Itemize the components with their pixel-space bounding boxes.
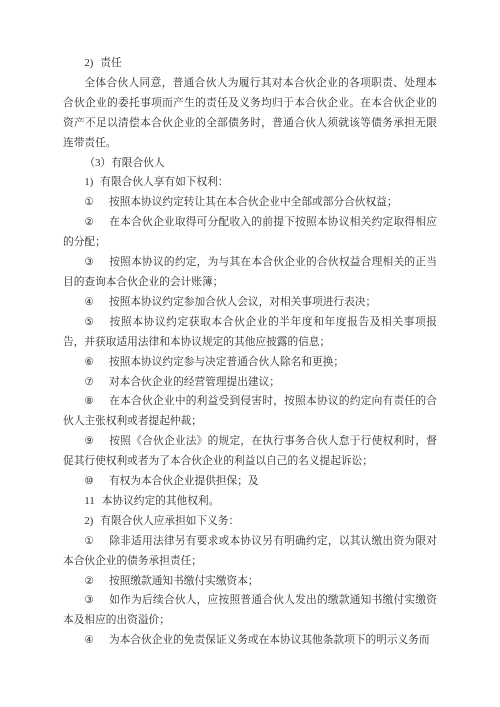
paragraph: ②在本合伙企业取得可分配收入的前提下按照本协议相关约定取得相应的分配； bbox=[63, 213, 437, 253]
paragraph-text: 除非适用法律另有要求或本协议另有明确约定，以其认缴出资为限对本合伙企业的债务承担… bbox=[63, 535, 437, 567]
paragraph: 11本协议约定的其他权利。 bbox=[63, 492, 437, 512]
paragraph: ⑦对本合伙企业的经营管理提出建议； bbox=[63, 373, 437, 393]
list-marker: ② bbox=[84, 216, 94, 228]
paragraph-text: 有限合伙人享有如下权利： bbox=[100, 176, 228, 188]
list-marker: 11 bbox=[84, 495, 94, 507]
paragraph-text: 有权为本合伙企业提供担保；及 bbox=[109, 475, 259, 487]
paragraph-text: 为本合伙企业的免责保证义务或在本协议其他条款项下的明示义务而 bbox=[109, 634, 430, 646]
paragraph-text: 责任 bbox=[100, 57, 121, 69]
paragraph-text: 按照本协议约定参与决定普通合伙人除名和更换； bbox=[109, 356, 344, 368]
paragraph-text: 按照《合伙企业法》的规定，在执行事务合伙人怠于行使权利时，督促其行使权利或者为了… bbox=[63, 435, 437, 467]
paragraph: 2)有限合伙人应承担如下义务： bbox=[63, 512, 437, 532]
list-marker: ① bbox=[84, 196, 94, 208]
paragraph: ④为本合伙企业的免责保证义务或在本协议其他条款项下的明示义务而 bbox=[63, 631, 437, 651]
paragraph-text: 按照本协议约定获取本合伙企业的半年度和年度报告及相关事项报告，并获取适用法律和本… bbox=[63, 316, 437, 348]
list-marker: ④ bbox=[84, 634, 94, 646]
list-marker: ⑤ bbox=[84, 316, 94, 328]
paragraph: 1)有限合伙人享有如下权利： bbox=[63, 173, 437, 193]
paragraph: ⑤按照本协议约定获取本合伙企业的半年度和年度报告及相关事项报告，并获取适用法律和… bbox=[63, 313, 437, 353]
paragraph: ③如作为后续合伙人，应按照普通合伙人发出的缴款通知书缴付实缴资本及相应的出资溢价… bbox=[63, 591, 437, 631]
list-marker: ① bbox=[84, 535, 94, 547]
paragraph: ③按照本协议的约定，为与其在本合伙企业的合伙权益合理相关的正当目的查询本合伙企业… bbox=[63, 253, 437, 293]
paragraph-text: 按照本协议约定参加合伙人会议，对相关事项进行表决； bbox=[109, 296, 376, 308]
list-marker: ④ bbox=[84, 296, 94, 308]
list-marker: 2) bbox=[84, 515, 93, 527]
list-marker: ⑩ bbox=[84, 475, 94, 487]
paragraph: ①按照本协议约定转让其在本合伙企业中全部或部分合伙权益； bbox=[63, 193, 437, 213]
paragraph: ④按照本协议约定参加合伙人会议，对相关事项进行表决； bbox=[63, 293, 437, 313]
paragraph: ⑥按照本协议约定参与决定普通合伙人除名和更换； bbox=[63, 353, 437, 373]
paragraph-text: 按照缴款通知书缴付实缴资本； bbox=[109, 575, 259, 587]
paragraph: ⑩有权为本合伙企业提供担保；及 bbox=[63, 472, 437, 492]
paragraph: 2)责任 bbox=[63, 54, 437, 74]
document-page: 2)责任全体合伙人同意，普通合伙人为履行其对本合伙企业的各项职责、处理本合伙企业… bbox=[0, 0, 500, 707]
list-marker: ③ bbox=[84, 594, 94, 606]
list-marker: ⑦ bbox=[84, 376, 94, 388]
paragraph-text: 对本合伙企业的经营管理提出建议； bbox=[109, 376, 280, 388]
list-marker: 1) bbox=[84, 176, 93, 188]
paragraph-text: 按照本协议的约定，为与其在本合伙企业的合伙权益合理相关的正当目的查询本合伙企业的… bbox=[63, 256, 437, 288]
paragraph-text: 在本合伙企业中的利益受到侵害时，按照本协议的约定向有责任的合伙人主张权利或者提起… bbox=[63, 395, 437, 427]
paragraph: ⑧在本合伙企业中的利益受到侵害时，按照本协议的约定向有责任的合伙人主张权利或者提… bbox=[63, 392, 437, 432]
paragraph-text: 按照本协议约定转让其在本合伙企业中全部或部分合伙权益； bbox=[109, 196, 398, 208]
list-marker: ② bbox=[84, 575, 94, 587]
paragraph-text: 有限合伙人应承担如下义务： bbox=[100, 515, 239, 527]
paragraph: （3）有限合伙人 bbox=[63, 154, 437, 174]
paragraph: 全体合伙人同意，普通合伙人为履行其对本合伙企业的各项职责、处理本合伙企业的委托事… bbox=[63, 74, 437, 154]
paragraph: ⑨按照《合伙企业法》的规定，在执行事务合伙人怠于行使权利时，督促其行使权利或者为… bbox=[63, 432, 437, 472]
paragraph: ①除非适用法律另有要求或本协议另有明确约定，以其认缴出资为限对本合伙企业的债务承… bbox=[63, 532, 437, 572]
list-marker: ⑧ bbox=[84, 395, 94, 407]
paragraph: ②按照缴款通知书缴付实缴资本； bbox=[63, 572, 437, 592]
list-marker: ⑨ bbox=[84, 435, 94, 447]
paragraph-text: （3）有限合伙人 bbox=[84, 157, 164, 169]
paragraph-text: 本协议约定的其他权利。 bbox=[102, 495, 220, 507]
list-marker: 2) bbox=[84, 57, 93, 69]
list-marker: ⑥ bbox=[84, 356, 94, 368]
paragraph-text: 全体合伙人同意，普通合伙人为履行其对本合伙企业的各项职责、处理本合伙企业的委托事… bbox=[63, 77, 437, 149]
paragraph-text: 在本合伙企业取得可分配收入的前提下按照本协议相关约定取得相应的分配； bbox=[63, 216, 437, 248]
document-body: 2)责任全体合伙人同意，普通合伙人为履行其对本合伙企业的各项职责、处理本合伙企业… bbox=[63, 54, 437, 651]
list-marker: ③ bbox=[84, 256, 94, 268]
paragraph-text: 如作为后续合伙人，应按照普通合伙人发出的缴款通知书缴付实缴资本及相应的出资溢价； bbox=[63, 594, 437, 626]
